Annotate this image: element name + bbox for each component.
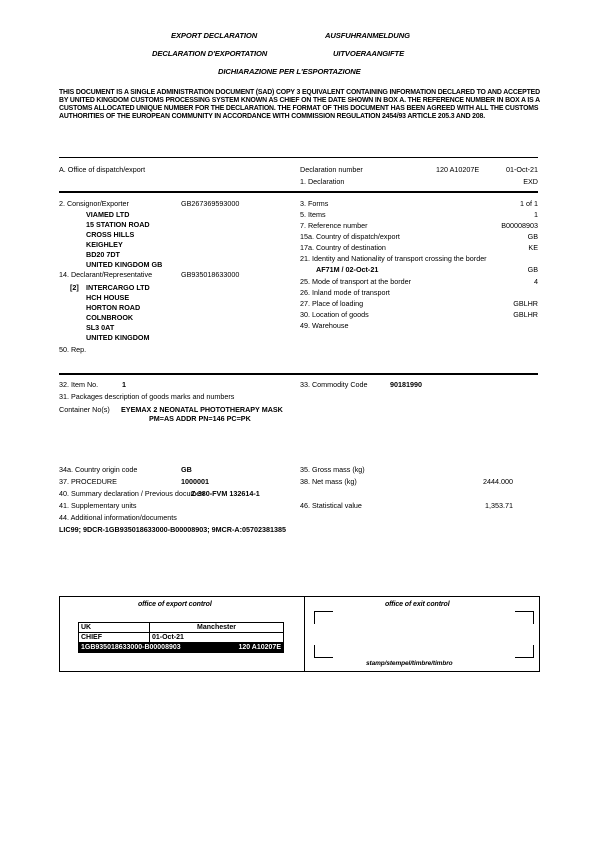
office-dispatch-label: A. Office of dispatch/export	[59, 166, 145, 173]
intro-statement: THIS DOCUMENT IS A SINGLE ADMINISTRATION…	[59, 89, 549, 121]
declarant-code: [2]	[70, 284, 79, 291]
exit-control-title: office of exit control	[385, 601, 450, 608]
control-date: 01-Oct-21	[150, 633, 284, 643]
border-transport-mode-label: 25. Mode of transport at the border	[300, 278, 411, 285]
warehouse-label: 49. Warehouse	[300, 322, 348, 329]
goods-description: EYEMAX 2 NEONATAL PHOTOTHERAPY MASK	[121, 406, 283, 413]
country-destination-value: KE	[528, 244, 538, 251]
stamp-corner-icon	[515, 611, 534, 624]
consignor-address-line: VIAMED LTD	[86, 211, 129, 218]
origin-country-value: GB	[181, 466, 192, 473]
consignor-address-line: UNITED KINGDOM GB	[86, 261, 162, 268]
declarant-address-line: SL3 0AT	[86, 324, 114, 331]
procedure-label: 37. PROCEDURE	[59, 478, 117, 485]
statistical-value-label: 46. Statistical value	[300, 502, 362, 509]
goods-description-codes: PM=AS ADDR PN=146 PC=PK	[149, 415, 251, 422]
summary-declaration-label: 40. Summary declaration / Previous docum…	[59, 490, 204, 497]
transport-nationality-value: GB	[528, 266, 538, 273]
transport-identity-value: AF71M / 02-Oct-21	[316, 266, 378, 273]
export-control-table: UK Manchester CHIEF 01-Oct-21 1GB9350186…	[78, 622, 284, 653]
control-boxes: office of export control UK Manchester C…	[59, 596, 540, 672]
origin-country-label: 34a. Country origin code	[59, 466, 137, 473]
title-dutch: UITVOERAANGIFTE	[333, 50, 404, 58]
declaration-date: 01-Oct-21	[506, 166, 538, 173]
consignor-address-line: BD20 7DT	[86, 251, 120, 258]
container-label: Container No(s)	[59, 406, 110, 413]
country-dispatch-value: GB	[528, 233, 538, 240]
gross-mass-label: 35. Gross mass (kg)	[300, 466, 365, 473]
net-mass-value: 2444.000	[483, 478, 513, 485]
transport-identity-label: 21. Identity and Nationality of transpor…	[300, 255, 487, 262]
declarant-address-line: INTERCARGO LTD	[86, 284, 150, 291]
country-destination-label: 17a. Country of destination	[300, 244, 386, 251]
declarant-address-line: UNITED KINGDOM	[86, 334, 150, 341]
reference-number-value: B00008903	[501, 222, 538, 229]
title-english: EXPORT DECLARATION	[171, 32, 257, 40]
stamp-corner-icon	[314, 645, 333, 658]
declarant-address-line: COLNBROOK	[86, 314, 133, 321]
procedure-value: 1000001	[181, 478, 209, 485]
divider	[59, 157, 538, 158]
divider	[59, 373, 538, 375]
declarant-address-line: HORTON ROAD	[86, 304, 140, 311]
control-office: Manchester	[150, 623, 284, 633]
declaration-type-value: EXD	[523, 178, 538, 185]
representative-label: 50. Rep.	[59, 346, 86, 353]
supplementary-units-label: 41. Supplementary units	[59, 502, 137, 509]
forms-value: 1 of 1	[520, 200, 538, 207]
inland-transport-mode-label: 26. Inland mode of transport	[300, 289, 390, 296]
place-of-loading-value: GBLHR	[513, 300, 538, 307]
export-control-title: office of export control	[138, 601, 212, 608]
stamp-corner-icon	[314, 611, 333, 624]
items-value: 1	[534, 211, 538, 218]
consignor-label: 2. Consignor/Exporter	[59, 200, 129, 207]
control-entry: 120 A10207E	[205, 643, 284, 653]
control-system: CHIEF	[79, 633, 150, 643]
declarant-label: 14. Declarant/Representative	[59, 271, 152, 278]
statistical-value-value: 1,353.71	[485, 502, 513, 509]
location-of-goods-value: GBLHR	[513, 311, 538, 318]
divider	[304, 597, 305, 671]
control-ducr: 1GB935018633000-B00008903	[79, 643, 205, 653]
declaration-number-value: 120 A10207E	[436, 166, 479, 173]
additional-info-label: 44. Additional information/documents	[59, 514, 177, 521]
stamp-corner-icon	[515, 645, 534, 658]
forms-label: 3. Forms	[300, 200, 328, 207]
title-german: AUSFUHRANMELDUNG	[325, 32, 410, 40]
item-number-label: 32. Item No.	[59, 381, 98, 388]
declarant-eori: GB935018633000	[181, 271, 239, 278]
location-of-goods-label: 30. Location of goods	[300, 311, 369, 318]
consignor-address-line: 15 STATION ROAD	[86, 221, 150, 228]
consignor-address-line: CROSS HILLS	[86, 231, 134, 238]
consignor-eori: GB267369593000	[181, 200, 239, 207]
country-dispatch-label: 15a. Country of dispatch/export	[300, 233, 400, 240]
commodity-code-value: 90181990	[390, 381, 422, 388]
commodity-code-label: 33. Commodity Code	[300, 381, 368, 388]
border-transport-mode-value: 4	[534, 278, 538, 285]
additional-info-value: LIC99; 9DCR-1GB935018633000-B00008903; 9…	[59, 526, 286, 533]
place-of-loading-label: 27. Place of loading	[300, 300, 363, 307]
declaration-type-label: 1. Declaration	[300, 178, 344, 185]
items-label: 5. Items	[300, 211, 326, 218]
packages-description-label: 31. Packages description of goods marks …	[59, 393, 234, 400]
consignor-address-line: KEIGHLEY	[86, 241, 123, 248]
item-number-value: 1	[122, 381, 126, 388]
declaration-number-label: Declaration number	[300, 166, 363, 173]
title-italian: DICHIARAZIONE PER L'ESPORTAZIONE	[218, 68, 361, 76]
declarant-address-line: HCH HOUSE	[86, 294, 129, 301]
net-mass-label: 38. Net mass (kg)	[300, 478, 357, 485]
reference-number-label: 7. Reference number	[300, 222, 368, 229]
divider	[59, 191, 538, 193]
control-country: UK	[79, 623, 150, 633]
summary-declaration-value: Z-380-FVM 132614-1	[191, 490, 260, 497]
stamp-label: stamp/stempel/timbre/timbro	[366, 661, 453, 668]
title-french: DECLARATION D'EXPORTATION	[152, 50, 267, 58]
